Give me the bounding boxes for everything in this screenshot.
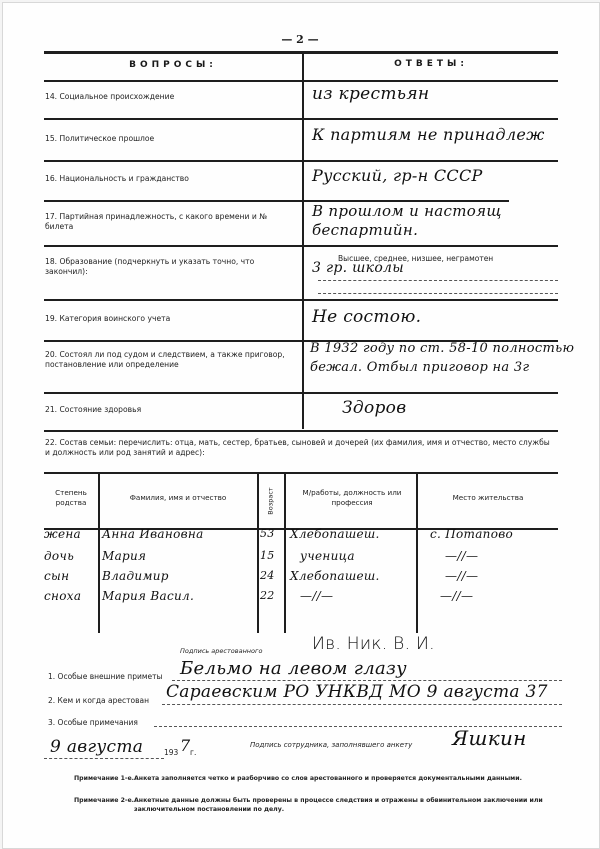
arrestee-signature: Ив. Ник. В. И.	[312, 634, 435, 654]
item-3-label: 3. Особые примечания	[48, 718, 138, 727]
residence: —//—	[445, 549, 478, 563]
page-number: — 2 —	[0, 33, 600, 46]
relation: дочь	[44, 549, 74, 563]
name: Мария Васил.	[102, 589, 194, 603]
question-20: 20. Состоял ли под судом и следствием, а…	[45, 350, 285, 370]
job: Хлебопашеш.	[290, 527, 380, 541]
age: 15	[260, 549, 275, 562]
answer-15: К партиям не принадлеж	[312, 125, 545, 144]
residence: —//—	[440, 589, 473, 603]
job: ученица	[300, 549, 355, 563]
questions-header: ВОПРОСЫ:	[44, 60, 302, 70]
relation: сноха	[44, 589, 81, 603]
col-relation: Степень родства	[44, 488, 98, 508]
answer-20-line2: бежал. Отбыл приговор на 3г	[310, 360, 529, 375]
item-2-label: 2. Кем и когда арестован	[48, 696, 149, 705]
answer-19: Не состою.	[312, 307, 421, 327]
residence: с. Потапово	[430, 527, 513, 541]
answer-17: В прошлом и настоящ беспартийн.	[312, 202, 562, 240]
relation: жена	[44, 527, 81, 541]
answers-header: ОТВЕТЫ:	[304, 59, 558, 69]
col-age-cell: Возраст	[258, 473, 284, 528]
row-rule	[44, 430, 558, 432]
answer-21: Здоров	[342, 398, 406, 418]
question-16: 16. Национальность и гражданство	[45, 174, 295, 184]
date-day-month: 9 августа	[50, 737, 143, 757]
question-15: 15. Политическое прошлое	[45, 134, 295, 144]
family-section-title: 22. Состав семьи: перечислить: отца, мат…	[45, 438, 557, 458]
item-1-label: 1. Особые внешние приметы	[48, 672, 162, 681]
row-rule	[44, 118, 558, 120]
note-2: Примечание 2-е. Анкетные данные должны б…	[74, 796, 574, 814]
residence: —//—	[445, 569, 478, 583]
item-1-value: Бельмо на левом глазу	[180, 658, 407, 679]
col-name: Фамилия, имя и отчество	[99, 493, 257, 503]
name: Анна Ивановна	[102, 527, 204, 541]
col-job: М/работы, должность или профессия	[288, 488, 416, 508]
name: Мария	[102, 549, 146, 563]
date-year-unit: г.	[190, 748, 196, 757]
row-rule	[44, 245, 558, 247]
column-divider	[302, 52, 304, 429]
date-year-suffix: 7	[180, 736, 190, 755]
arrestee-signature-label: Подпись арестованного	[180, 647, 262, 655]
top-rule	[44, 51, 558, 54]
row-rule	[44, 299, 558, 301]
question-21: 21. Состояние здоровья	[45, 405, 295, 415]
date-year-prefix: 193	[164, 748, 178, 757]
job: —//—	[300, 589, 333, 603]
officer-signature: Яшкин	[452, 726, 527, 750]
answer-20-line1: В 1932 году по ст. 58-10 полностью	[310, 341, 574, 356]
col-residence: Место жительства	[418, 493, 558, 503]
note-1: Примечание 1-е. Анкета заполняется четко…	[74, 774, 574, 792]
age: 53	[260, 527, 275, 540]
header-rule	[44, 80, 558, 82]
name: Владимир	[102, 569, 169, 583]
item-2-value: Сараевским РО УНКВД МО 9 августа 37	[166, 682, 548, 702]
question-14: 14. Социальное происхождение	[45, 92, 295, 102]
fill-line	[318, 293, 558, 294]
relation: сын	[44, 569, 69, 583]
job: Хлебопашеш.	[290, 569, 380, 583]
family-table-top-rule	[44, 472, 558, 474]
age: 22	[260, 589, 275, 602]
question-19: 19. Категория воинского учета	[45, 314, 295, 324]
answer-16: Русский, гр-н СССР	[312, 166, 483, 185]
family-col-divider	[284, 473, 286, 633]
row-rule	[44, 160, 558, 162]
fill-line	[44, 758, 164, 759]
fill-line	[162, 704, 562, 705]
officer-signature-label: Подпись сотрудника, заполнявшего анкету	[250, 741, 412, 749]
fill-line	[318, 280, 558, 281]
fill-line	[172, 680, 562, 681]
age: 24	[260, 569, 275, 582]
question-18: 18. Образование (подчеркнуть и указать т…	[45, 257, 285, 277]
answer-14: из крестьян	[312, 84, 429, 104]
question-17: 17. Партийная принадлежность, с какого в…	[45, 212, 290, 232]
row-rule	[44, 392, 558, 394]
answer-18: 3 гр. школы	[312, 260, 404, 276]
col-age: Возраст	[267, 487, 275, 514]
